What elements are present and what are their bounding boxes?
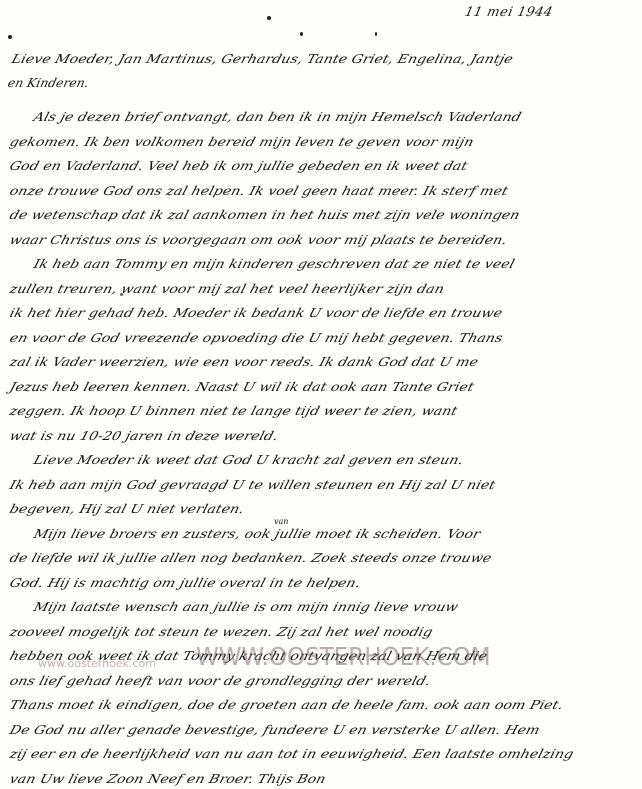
body-line: onze trouwe God ons zal helpen. Ik voel … <box>8 184 510 198</box>
body-line: zeggen. Ik hoop U binnen niet te lange t… <box>8 404 459 418</box>
scan-speck <box>300 32 303 36</box>
letter-date: 11 mei 1944 <box>463 5 554 20</box>
body-line: zooveel mogelijk tot steun te wezen. Zij… <box>8 625 435 639</box>
scan-speck <box>267 16 271 20</box>
body-line: God en Vaderland. Veel heb ik om jullie … <box>8 159 469 173</box>
body-line: Mijn lieve broers en zusters, ook jullie… <box>32 527 482 541</box>
body-line: ik het hier gehad heb. Moeder ik bedank … <box>8 306 504 320</box>
body-line: Jezus heb leeren kennen. Naast U wil ik … <box>8 380 476 394</box>
body-line: gekomen. Ik ben volkomen bereid mijn lev… <box>8 135 476 149</box>
body-line: zal ik Vader weerzien, wie een voor reed… <box>8 355 480 369</box>
body-line: zullen treuren, want voor mij zal het ve… <box>8 282 446 296</box>
interlinear-insert: van <box>274 517 288 526</box>
watermark-large: WWW.OOSTERHOEK.COM <box>196 642 491 671</box>
body-line: en voor de God vreezende opvoeding die U… <box>8 331 505 345</box>
salutation-line: en Kinderen. <box>6 76 90 90</box>
body-line: De God nu aller genade bevestige, fundee… <box>8 723 542 737</box>
body-line: waar Christus ons is voorgegaan om ook v… <box>8 233 509 247</box>
body-line: Ik heb aan Tommy en mijn kinderen geschr… <box>32 257 516 271</box>
body-line: Thans moet ik eindigen, doe de groeten a… <box>8 698 565 712</box>
body-line: de liefde wil ik jullie allen nog bedank… <box>8 551 494 565</box>
body-line: begeven, Hij zal U niet verlaten. <box>8 502 246 516</box>
body-line: de wetenschap dat ik zal aankomen in het… <box>8 208 522 222</box>
salutation-line: Lieve Moeder, Jan Martinus, Gerhardus, T… <box>10 52 515 66</box>
body-line: Lieve Moeder ik weet dat God U kracht za… <box>32 453 465 467</box>
body-line: Als je dezen brief ontvangt, dan ben ik … <box>32 110 523 124</box>
body-line: God. Hij is machtig om jullie overal in … <box>8 576 362 590</box>
body-line: wat is nu 10-20 jaren in deze wereld. <box>8 429 280 443</box>
watermark-small: www.oosterhoek.com <box>38 657 156 670</box>
body-line: zij eer en de heerlijkheid van nu aan to… <box>8 747 575 761</box>
scan-speck <box>8 35 12 39</box>
body-line: Mijn laatste wensch aan jullie is om mij… <box>32 600 460 614</box>
body-line: ons lief gehad heeft van voor de grondle… <box>8 674 432 688</box>
body-line: van Uw lieve Zoon Neef en Broer. Thijs B… <box>8 772 328 786</box>
body-line: Ik heb aan mijn God gevraagd U te willen… <box>8 478 497 492</box>
scan-speck <box>375 32 377 36</box>
